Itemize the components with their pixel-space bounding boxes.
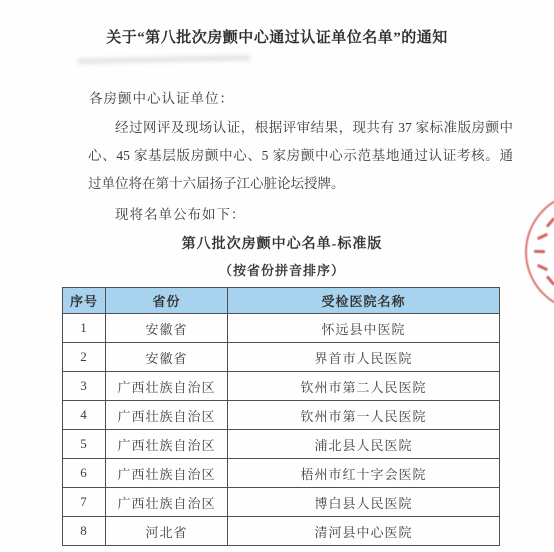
table-cell: 7 [63,488,106,517]
table-cell: 博白县人民医院 [228,488,500,517]
table-row: 2安徽省界首市人民医院 [63,343,500,372]
table-row: 1安徽省怀远县中医院 [63,314,500,343]
paragraph-line: 心、45 家基层版房颤中心、5 家房颤中心示范基地通过认证考核。通 [88,147,513,165]
table-cell: 广西壮族自治区 [106,430,228,459]
table-cell: 梧州市红十字会医院 [228,459,500,488]
table-cell: 界首市人民医院 [228,343,500,372]
page-title: 关于“第八批次房颤中心通过认证单位名单”的通知 [54,26,500,47]
paragraph-line: 过单位将在第十六届扬子江心脏论坛授牌。 [88,175,513,193]
table-cell: 2 [63,343,106,372]
seal-text-mark [534,250,545,253]
table-cell: 广西壮族自治区 [106,401,228,430]
table-cell: 1 [63,314,106,343]
list-subheading: （按省份拼音排序） [62,260,502,279]
table-row: 5广西壮族自治区浦北县人民医院 [63,430,500,459]
certification-table: 序号 省份 受检医院名称 1安徽省怀远县中医院2安徽省界首市人民医院3广西壮族自… [62,287,500,546]
table-row: 3广西壮族自治区钦州市第二人民医院 [63,372,500,401]
table-cell: 安徽省 [106,314,228,343]
table-header-row: 序号 省份 受检医院名称 [63,288,500,314]
table-cell: 河北省 [106,517,228,546]
salutation: 各房颤中心认证单位： [89,87,234,107]
table-row: 7广西壮族自治区博白县人民医院 [63,488,500,517]
col-header-province: 省份 [106,288,228,314]
table-cell: 4 [63,401,106,430]
table-cell: 5 [63,430,106,459]
document-page: 关于“第八批次房颤中心通过认证单位名单”的通知 各房颤中心认证单位： 经过网评及… [0,0,554,552]
list-heading: 第八批次房颤中心名单-标准版 [62,233,502,253]
announce-line: 现将名单公布如下： [115,203,246,223]
table-cell: 清河县中心医院 [228,517,500,546]
col-header-hospital: 受检医院名称 [228,288,500,314]
table-cell: 广西壮族自治区 [106,372,228,401]
scan-artifact-line [78,55,250,64]
table-cell: 浦北县人民医院 [228,430,500,459]
table-cell: 6 [63,459,106,488]
table-cell: 广西壮族自治区 [106,488,228,517]
table-row: 4广西壮族自治区钦州市第一人民医院 [63,401,500,430]
paragraph-line: 经过网评及现场认证，根据评审结果，现共有 37 家标准版房颤中 [88,119,513,137]
table-cell: 安徽省 [106,343,228,372]
table-cell: 8 [63,517,106,546]
table-cell: 钦州市第一人民医院 [228,401,500,430]
table-cell: 钦州市第二人民医院 [228,372,500,401]
table-row: 8河北省清河县中心医院 [63,517,500,546]
table-cell: 广西壮族自治区 [106,459,228,488]
table-cell: 怀远县中医院 [228,314,500,343]
table-cell: 3 [63,372,106,401]
table-row: 6广西壮族自治区梧州市红十字会医院 [63,459,500,488]
col-header-number: 序号 [63,288,106,314]
